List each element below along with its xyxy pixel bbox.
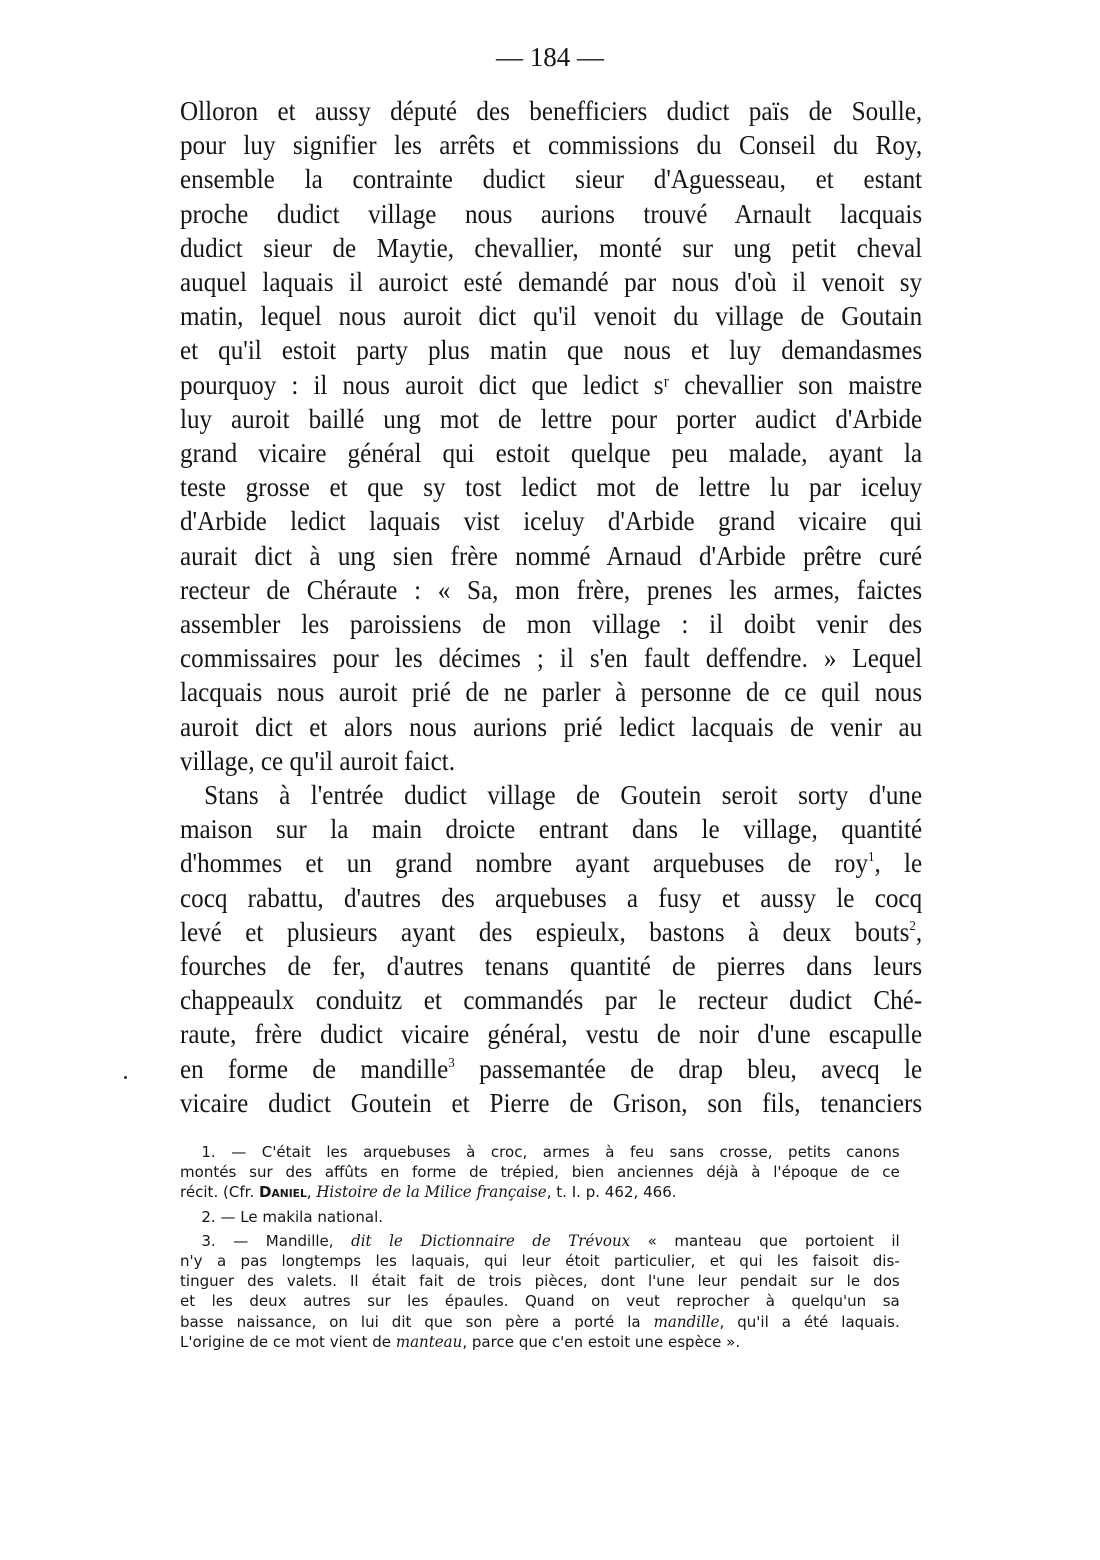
footnote-2: 2. — Le makila national. xyxy=(180,1207,900,1227)
body-line: aurait dict à ung sien frère nommé Arnau… xyxy=(180,539,922,573)
body-line: grand vicaire général qui estoit quelque… xyxy=(180,436,922,470)
body-line: fourches de fer, d'autres tenans quantit… xyxy=(180,949,922,983)
footnote-3: 3. — Mandille, dit le Dictionnaire de Tr… xyxy=(180,1231,900,1352)
body-line: d'Arbide ledict laquais vist iceluy d'Ar… xyxy=(180,504,922,538)
body-line: Olloron et aussy député des benefficiers… xyxy=(180,94,922,128)
body-line: auquel laquais il auroict esté demandé p… xyxy=(180,265,922,299)
body-line: en forme de mandille3 passemantée de dra… xyxy=(180,1052,922,1086)
body-line: village, ce qu'il auroit faict. xyxy=(180,744,922,778)
footnote-line: 2. — Le makila national. xyxy=(180,1207,900,1227)
body-line: recteur de Chéraute : « Sa, mon frère, p… xyxy=(180,573,922,607)
author-name: Daniel xyxy=(259,1183,307,1201)
body-line: chappeaulx conduitz et commandés par le … xyxy=(180,983,922,1017)
body-line: vicaire dudict Goutein et Pierre de Gris… xyxy=(180,1086,922,1120)
footnote-1: 1. — C'était les arquebuses à croc, arme… xyxy=(180,1142,900,1203)
footnote-line: et les deux autres sur les épaules. Quan… xyxy=(180,1291,900,1311)
footnotes: 1. — C'était les arquebuses à croc, arme… xyxy=(180,1142,900,1352)
body-line: d'hommes et un grand nombre ayant arqueb… xyxy=(180,846,922,880)
footnote-line: 1. — C'était les arquebuses à croc, arme… xyxy=(180,1142,900,1162)
body-line: pour luy signifier les arrêts et commiss… xyxy=(180,128,922,162)
body-line: auroit dict et alors nous aurions prié l… xyxy=(180,710,922,744)
body-line: commissaires pour les décimes ; il s'en … xyxy=(180,641,922,675)
body-line: proche dudict village nous aurions trouv… xyxy=(180,197,922,231)
body-line: raute, frère dudict vicaire général, ves… xyxy=(180,1017,922,1051)
body-line: dudict sieur de Maytie, chevallier, mont… xyxy=(180,231,922,265)
body-line: assembler les paroissiens de mon village… xyxy=(180,607,922,641)
footnote-line: montés sur des affûts en forme de trépie… xyxy=(180,1162,900,1182)
body-line: teste grosse et que sy tost ledict mot d… xyxy=(180,470,922,504)
work-title: dit le Dictionnaire de Trévoux xyxy=(351,1232,630,1250)
emphasis: mandille xyxy=(654,1313,720,1331)
body-line: levé et plusieurs ayant des espieulx, ba… xyxy=(180,915,922,949)
page-number: — 184 — xyxy=(0,40,1100,74)
body-line: et qu'il estoit party plus matin que nou… xyxy=(180,333,922,367)
emphasis: manteau xyxy=(396,1333,462,1351)
footnote-line: basse naissance, on lui dit que son père… xyxy=(180,1312,900,1332)
footnote-line: récit. (Cfr. Daniel, Histoire de la Mili… xyxy=(180,1182,900,1202)
body-line: cocq rabattu, d'autres des arquebuses a … xyxy=(180,881,922,915)
body-text: Olloron et aussy député des benefficiers… xyxy=(180,94,922,1120)
body-line: lacquais nous auroit prié de ne parler à… xyxy=(180,675,922,709)
footnote-line: L'origine de ce mot vient de manteau, pa… xyxy=(180,1332,900,1352)
footnote-line: n'y a pas longtemps les laquais, qui leu… xyxy=(180,1251,900,1271)
body-line: pourquoy : il nous auroit dict que ledic… xyxy=(180,368,922,402)
work-title: Histoire de la Milice française xyxy=(316,1183,546,1201)
footnote-line: 3. — Mandille, dit le Dictionnaire de Tr… xyxy=(180,1231,900,1251)
body-line: matin, lequel nous auroit dict qu'il ven… xyxy=(180,299,922,333)
footnote-line: tinguer des valets. Il était fait de tro… xyxy=(180,1271,900,1291)
body-line: luy auroit baillé ung mot de lettre pour… xyxy=(180,402,922,436)
body-line: ensemble la contrainte dudict sieur d'Ag… xyxy=(180,162,922,196)
margin-speck xyxy=(124,1076,127,1079)
paragraph-start-line: Stans à l'entrée dudict village de Goute… xyxy=(180,778,922,812)
body-line: maison sur la main droicte entrant dans … xyxy=(180,812,922,846)
